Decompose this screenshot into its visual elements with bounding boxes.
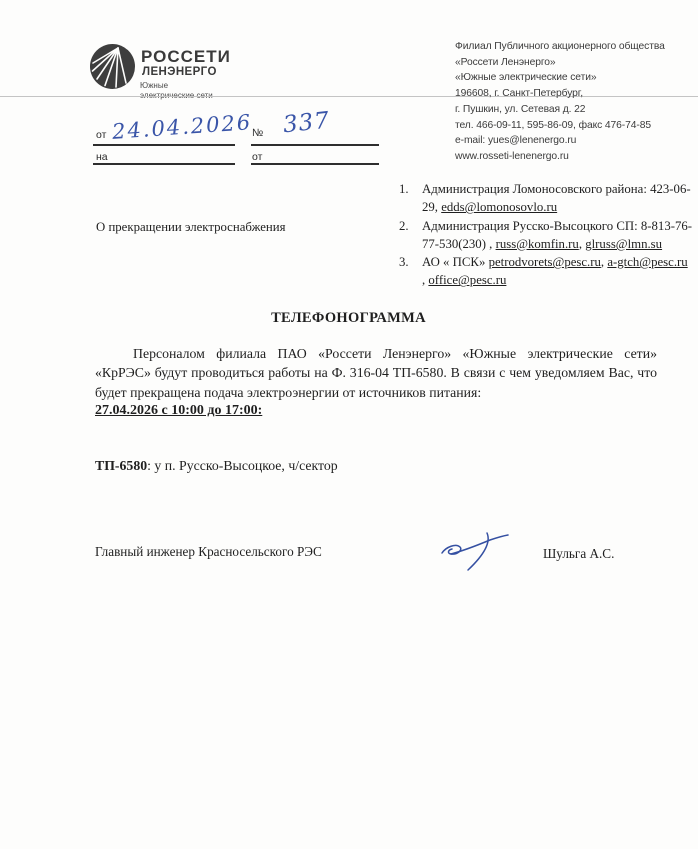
handwritten-number: 337: [282, 108, 331, 139]
recipient-email: russ@komfin.ru: [496, 237, 579, 251]
ref-line: [93, 144, 235, 146]
ref-line: [251, 163, 379, 165]
brand-subname: ЛЕНЭНЕРГО: [142, 66, 217, 78]
signer-name: Шульга А.С.: [543, 546, 614, 562]
subject-line: О прекращении электроснабжения: [96, 220, 286, 235]
company-line: тел. 466-09-11, 595-86-09, факс 476-74-8…: [455, 118, 697, 134]
rosseti-logo-icon: [89, 43, 136, 90]
recipient-email: edds@lomonosovlo.ru: [441, 200, 557, 214]
ref-line: [93, 163, 235, 165]
recipient-number: 2.: [399, 217, 422, 254]
ref-line: [251, 144, 379, 146]
signer-position: Главный инженер Красносельского РЭС: [95, 544, 322, 560]
brand-branch-line1: Южные: [140, 81, 168, 90]
recipient-number: 3.: [399, 253, 422, 290]
company-line: «Южные электрические сети»: [455, 70, 697, 86]
document-page: РОССЕТИ ЛЕНЭНЕРГО Южные электрические се…: [0, 0, 698, 849]
company-line: г. Пушкин, ул. Сетевая д. 22: [455, 102, 697, 118]
outage-period: 27.04.2026 с 10:00 до 17:00:: [95, 403, 262, 419]
recipients-list: 1. Администрация Ломоносовского района: …: [399, 180, 693, 290]
company-line: Филиал Публичного акционерного общества: [455, 39, 697, 55]
company-address-block: Филиал Публичного акционерного общества …: [455, 39, 697, 165]
ref-number-label: №: [252, 127, 263, 139]
document-title: ТЕЛЕФОНОГРАММА: [95, 310, 602, 327]
recipient-email: petrodvorets@pesc.ru: [489, 255, 601, 269]
recipient-text-run: АО « ПСК»: [422, 255, 489, 269]
tp-line: ТП-6580: у п. Русско-Высоцкое, ч/сектор: [95, 458, 338, 474]
signature-icon: [438, 530, 513, 577]
recipient-number: 1.: [399, 180, 422, 217]
recipient-item: 2. Администрация Русско-Высоцкого СП: 8-…: [399, 217, 693, 254]
recipient-email: a-gtch@pesc.ru: [607, 255, 687, 269]
body-paragraph: Персоналом филиала ПАО «Россети Ленэнерг…: [95, 344, 657, 402]
recipient-item: 3. АО « ПСК» petrodvorets@pesc.ru, a-gtc…: [399, 253, 693, 290]
tp-label: ТП-6580: [95, 458, 147, 473]
tp-details: : у п. Русско-Высоцкое, ч/сектор: [147, 458, 338, 473]
recipient-email: office@pesc.ru: [428, 273, 506, 287]
company-line: «Россети Ленэнерго»: [455, 55, 697, 71]
ref-from-label: от: [96, 129, 106, 141]
recipient-text: АО « ПСК» petrodvorets@pesc.ru, a-gtch@p…: [422, 253, 693, 290]
company-email-line: e-mail: yues@lenenergo.ru: [455, 133, 697, 149]
recipient-text: Администрация Ломоносовского района: 423…: [422, 180, 693, 217]
ref-ot-label: от: [252, 151, 262, 163]
recipient-item: 1. Администрация Ломоносовского района: …: [399, 180, 693, 217]
company-website-line: www.rosseti-lenenergo.ru: [455, 149, 697, 165]
company-line: 196608, г. Санкт-Петербург,: [455, 86, 697, 102]
recipient-email: glruss@lmn.su: [585, 237, 662, 251]
recipient-text: Администрация Русско-Высоцкого СП: 8-813…: [422, 217, 693, 254]
ref-na-label: на: [96, 151, 108, 163]
brand-name: РОССЕТИ: [141, 47, 231, 67]
handwritten-date: 24.04.2026: [111, 110, 253, 144]
